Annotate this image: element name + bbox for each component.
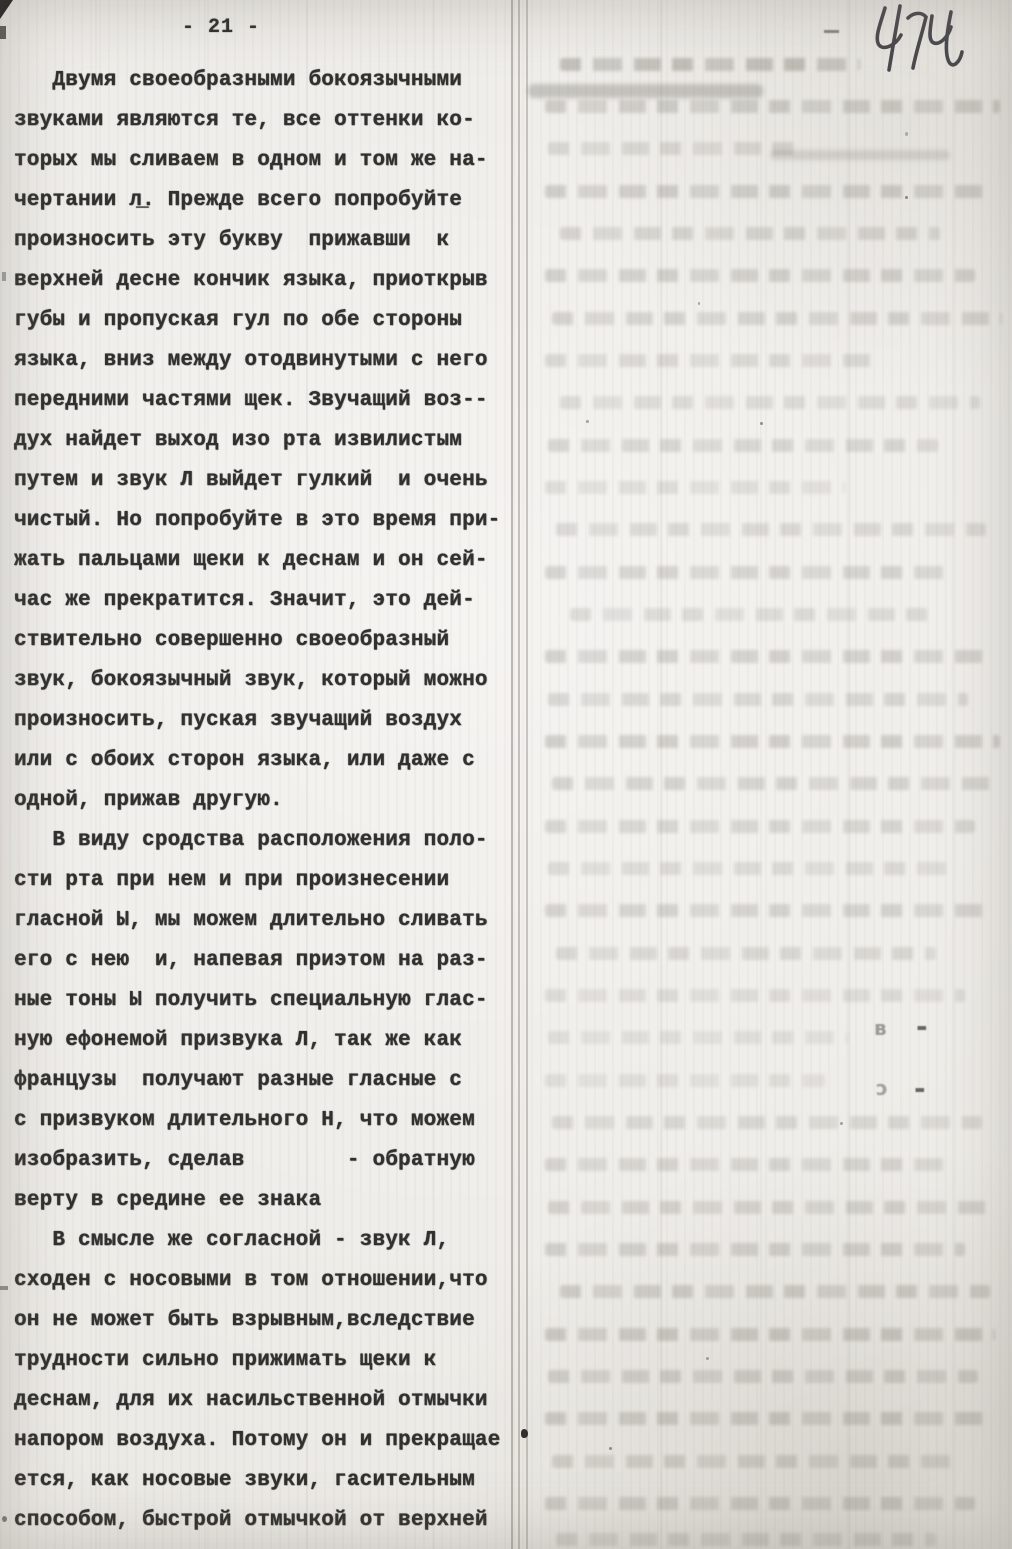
faint-text-line <box>545 1158 955 1171</box>
text-line: Двумя своеобразными бокоязычными <box>14 64 514 104</box>
faint-text-line <box>552 1455 952 1468</box>
text-line: ную ефонемой призвука Л, так же как <box>14 1024 514 1064</box>
text-line: деснам, для их насильственной отмычки <box>14 1384 514 1424</box>
text-line: сти рта при нем и при произнесении <box>14 864 514 904</box>
faint-text-line <box>545 650 985 663</box>
text-line: жать пальцами щеки к деснам и он сей- <box>14 544 514 584</box>
text-line: напором воздуха. Потому он и прекращае <box>14 1424 514 1464</box>
scan-speck <box>521 1429 528 1438</box>
page-number-header: - 21 - <box>182 16 260 39</box>
scan-speck <box>760 422 763 425</box>
faint-text-fragment: - <box>914 1072 926 1105</box>
faint-text-fragment: в <box>874 1016 887 1040</box>
scan-speck <box>0 0 13 19</box>
handwriting-474-scrawl <box>852 2 972 92</box>
page-fold-crease <box>526 0 528 1549</box>
faint-text-line <box>545 904 990 917</box>
faint-text-line <box>548 1031 848 1044</box>
faint-text-line <box>545 1328 995 1341</box>
text-line: его с нею и, напевая приэтом на раз- <box>14 944 514 984</box>
faint-text-line <box>545 354 875 367</box>
faint-text-line <box>552 312 1002 325</box>
text-line: произносить эту букву прижавши к <box>14 224 514 264</box>
handwritten-page-number <box>852 2 972 97</box>
text-line: произносить, пуская звучащий воздух <box>14 704 514 744</box>
scan-speck <box>0 1286 8 1290</box>
faint-text-line <box>560 227 940 240</box>
faint-text-line <box>552 1116 982 1129</box>
faint-text-line <box>545 735 1000 748</box>
faint-text-line <box>548 1201 988 1214</box>
text-line: ствительно совершенно своеобразный <box>14 624 514 664</box>
text-line: изобразить, сделав - обратную <box>14 1144 514 1184</box>
scan-speck <box>609 1447 612 1450</box>
text-line: В виду сродства расположения поло- <box>14 824 514 864</box>
faint-text-line <box>545 1412 985 1425</box>
text-line: или с обоих сторон языка, или даже с <box>14 744 514 784</box>
faint-text-line <box>560 396 980 409</box>
text-line: он не может быть взрывным,вследствие <box>14 1304 514 1344</box>
text-line: сходен с носовыми в том отношении,что <box>14 1264 514 1304</box>
scan-speck <box>2 272 6 281</box>
faint-text-line <box>545 185 985 198</box>
faint-text-line <box>545 100 1000 113</box>
faint-text-line <box>548 862 948 875</box>
faint-text-line <box>560 1285 990 1298</box>
text-line: губы и пропуская гул по обе стороны <box>14 304 514 344</box>
text-line: способом, быстрой отмычкой от верхней <box>14 1504 514 1544</box>
typed-body-text: Двумя своеобразными бокоязычнымизвуками … <box>14 64 514 1544</box>
text-line: языка, вниз между отодвинутыми с него <box>14 344 514 384</box>
faint-text-line <box>548 439 938 452</box>
text-line: дух найдет выход изо рта извилистым <box>14 424 514 464</box>
faint-text-fragment: - <box>916 1010 928 1043</box>
page-fold-crease <box>518 0 520 1549</box>
scan-speck <box>0 26 6 39</box>
scan-speck <box>2 1516 7 1522</box>
text-line: гласной Ы, мы можем длительно сливать <box>14 904 514 944</box>
scan-speck <box>698 302 700 305</box>
faint-text-line <box>545 566 955 579</box>
scan-speck <box>905 132 908 136</box>
text-line: В смысле же согласной - звук Л, <box>14 1224 514 1264</box>
faint-text-fragment: ɔ <box>876 1076 888 1100</box>
scan-speck <box>706 1357 709 1360</box>
faint-text-line <box>548 142 798 155</box>
text-line: ется, как носовые звуки, гасительным <box>14 1464 514 1504</box>
faint-text-line <box>545 989 965 1002</box>
faint-text-line <box>545 1497 975 1510</box>
text-line: трудности сильно прижимать щеки к <box>14 1344 514 1384</box>
text-line: французы получают разные гласные с <box>14 1064 514 1104</box>
faint-text-line <box>556 947 936 960</box>
text-line: чертании л̲. Прежде всего попробуйте <box>14 184 514 224</box>
text-line: путем и звук Л выйдет гулкий и очень <box>14 464 514 504</box>
text-line: передними частями щек. Звучащий воз-- <box>14 384 514 424</box>
faint-text-line <box>556 523 986 536</box>
faint-text-line <box>545 481 845 494</box>
faint-text-line <box>545 269 975 282</box>
text-line: чистый. Но попробуйте в это время при- <box>14 504 514 544</box>
faint-text-line <box>545 1243 965 1256</box>
right-page-header-dash <box>824 30 839 33</box>
text-line: одной, прижав другую. <box>14 784 514 824</box>
text-line: торых мы сливаем в одном и том же на- <box>14 144 514 184</box>
faint-text-line <box>552 777 992 790</box>
text-line: час же прекратится. Значит, это дей- <box>14 584 514 624</box>
faint-text-line <box>545 820 975 833</box>
scanned-typewritten-page: - 21 - Двумя своеобразными бокоязычнымиз… <box>0 0 1012 1549</box>
text-line: верту в средине ее знака <box>14 1184 514 1224</box>
faint-text-line <box>560 58 860 71</box>
text-line: звуками являются те, все оттенки ко- <box>14 104 514 144</box>
faint-text-line <box>545 1074 825 1087</box>
text-line: звук, бокоязычный звук, который можно <box>14 664 514 704</box>
text-line: ные тоны Ы получить специальную глас- <box>14 984 514 1024</box>
faint-text-line <box>570 608 930 621</box>
faint-text-line <box>548 1370 978 1383</box>
faint-text-line <box>556 1533 936 1546</box>
text-line: с призвуком длительного Н, что можем <box>14 1104 514 1144</box>
text-line: верхней десне кончик языка, приоткрыв <box>14 264 514 304</box>
scan-speck <box>586 420 589 423</box>
faint-text-line <box>548 693 968 706</box>
ink-smudge <box>528 84 763 98</box>
